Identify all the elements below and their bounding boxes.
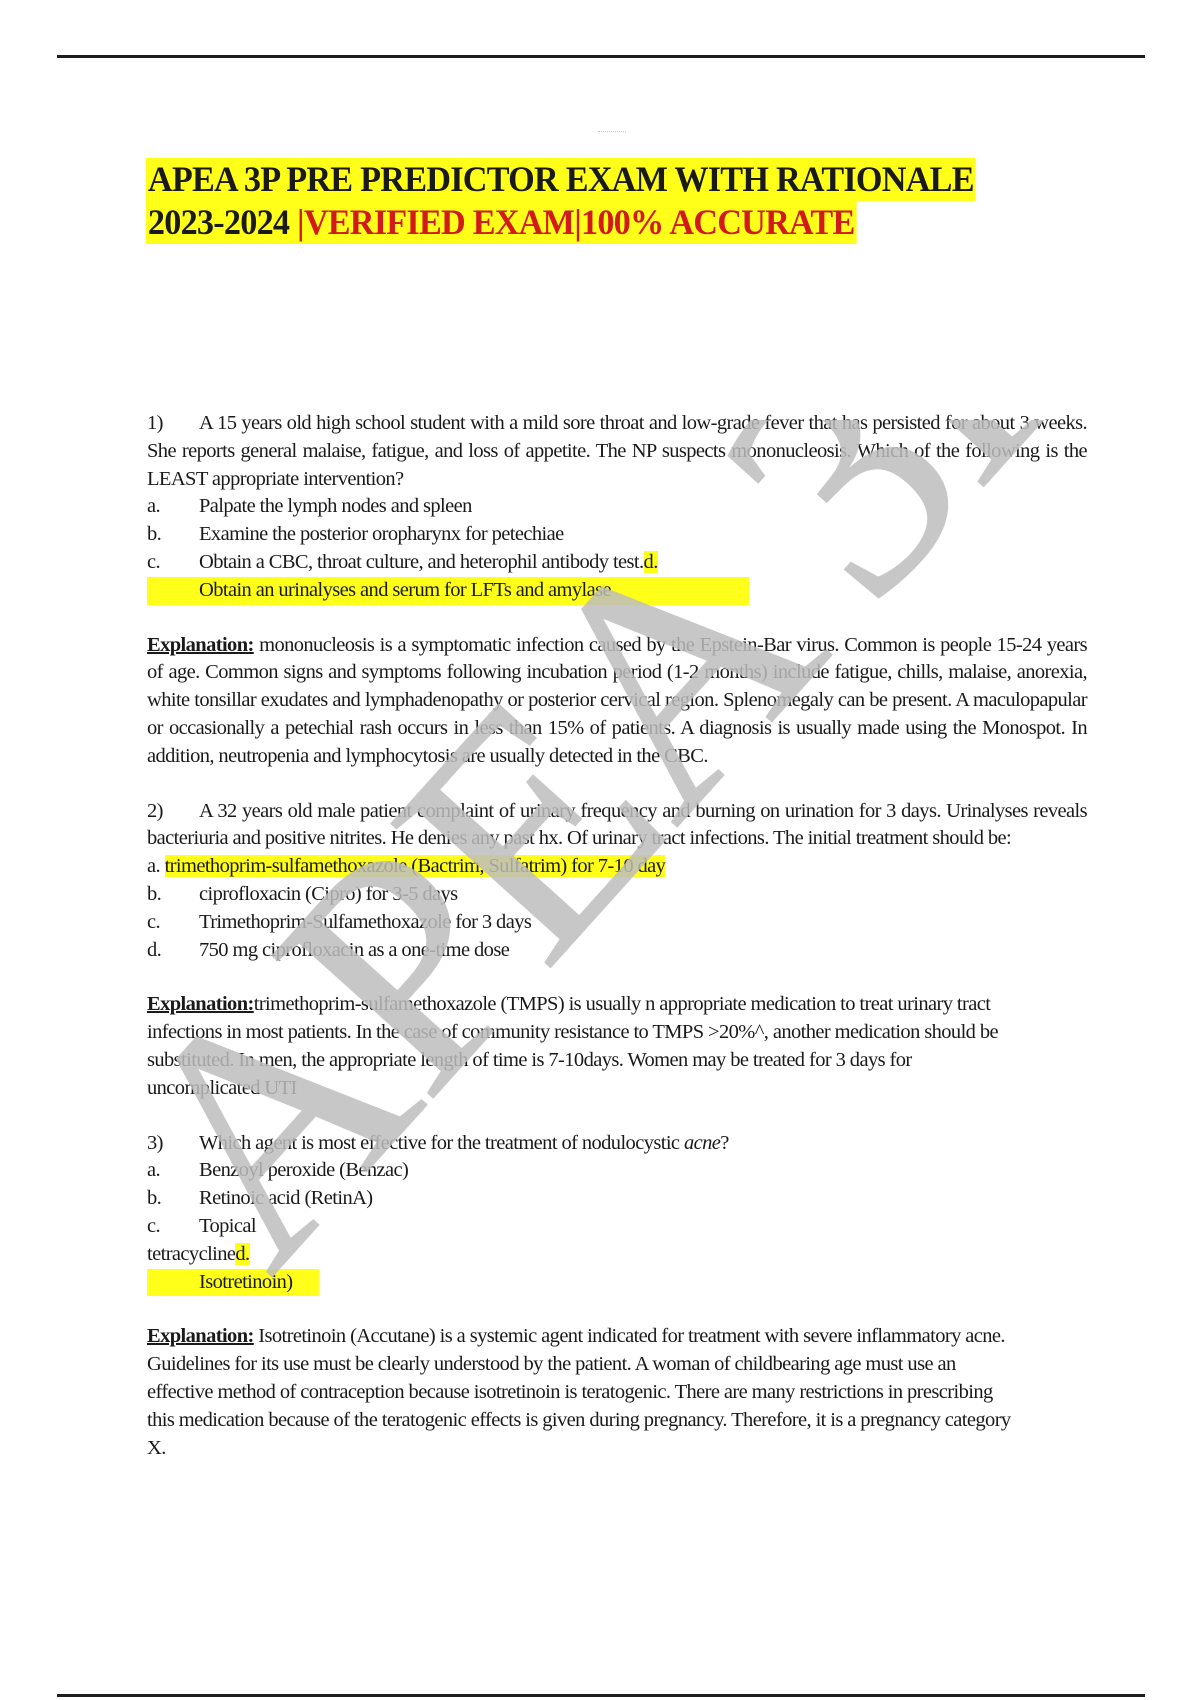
option-d-correct: Isotretinoin) — [147, 1269, 1087, 1297]
option-a: a.Benzoyl peroxide (Benzac) — [147, 1157, 1087, 1185]
option-d-correct: Obtain an urinalyses and serum for LFTs … — [147, 577, 1087, 605]
explanation-2: Explanation:trimethoprim-sulfamethoxazol… — [147, 991, 1017, 1102]
question-3: 3)Which agent is most effective for the … — [147, 1130, 1087, 1297]
option-d-label: d. — [644, 551, 658, 573]
option-c: c.Obtain a CBC, throat culture, and hete… — [147, 549, 1087, 577]
option-b: b.Retinoic acid (RetinA) — [147, 1185, 1087, 1213]
question-stem: 2)A 32 years old male patient complaint … — [147, 798, 1087, 854]
question-number: 3) — [147, 1130, 199, 1158]
option-d-label: d. — [235, 1243, 249, 1265]
option-c: c.Trimethoprim-Sulfamethoxazole for 3 da… — [147, 909, 1087, 937]
option-b: b.Examine the posterior oropharynx for p… — [147, 521, 1087, 549]
title-verified-label: |VERIFIED EXAM|100% ACCURATE — [297, 202, 854, 242]
explanation-3: Explanation: Isotretinoin (Accutane) is … — [147, 1323, 1017, 1462]
explanation-1: Explanation: mononucleosis is a symptoma… — [147, 632, 1087, 771]
option-c: c.Topical — [147, 1213, 1087, 1241]
question-stem: 3)Which agent is most effective for the … — [147, 1130, 1087, 1158]
question-number: 1) — [147, 410, 199, 438]
explanation-label: Explanation: — [147, 1325, 254, 1347]
exam-content: 1)A 15 years old high school student wit… — [147, 410, 1087, 1462]
option-c-continuation: tetracyclined. — [147, 1241, 1087, 1269]
explanation-label: Explanation: — [147, 634, 254, 656]
document-title: APEA 3P PRE PREDICTOR EXAM WITH RATIONAL… — [146, 158, 976, 244]
option-a-correct: a. trimethoprim-sulfamethoxazole (Bactri… — [147, 853, 1087, 881]
option-a: a.Palpate the lymph nodes and spleen — [147, 493, 1087, 521]
explanation-label: Explanation: — [147, 993, 254, 1015]
title-line-1: APEA 3P PRE PREDICTOR EXAM WITH RATIONAL… — [146, 158, 976, 201]
question-stem: 1)A 15 years old high school student wit… — [147, 410, 1087, 493]
footer-rule — [57, 1694, 1145, 1697]
question-1: 1)A 15 years old high school student wit… — [147, 410, 1087, 605]
option-d: d.750 mg ciprofloxacin as a one-time dos… — [147, 937, 1087, 965]
title-years: 2023-2024 — [148, 202, 297, 242]
page-mark — [598, 131, 626, 134]
question-2: 2)A 32 years old male patient complaint … — [147, 798, 1087, 965]
header-rule — [57, 55, 1145, 58]
option-b: b.ciprofloxacin (Cipro) for 3-5 days — [147, 881, 1087, 909]
title-line-2: 2023-2024 |VERIFIED EXAM|100% ACCURATE — [146, 201, 856, 244]
question-number: 2) — [147, 798, 199, 826]
